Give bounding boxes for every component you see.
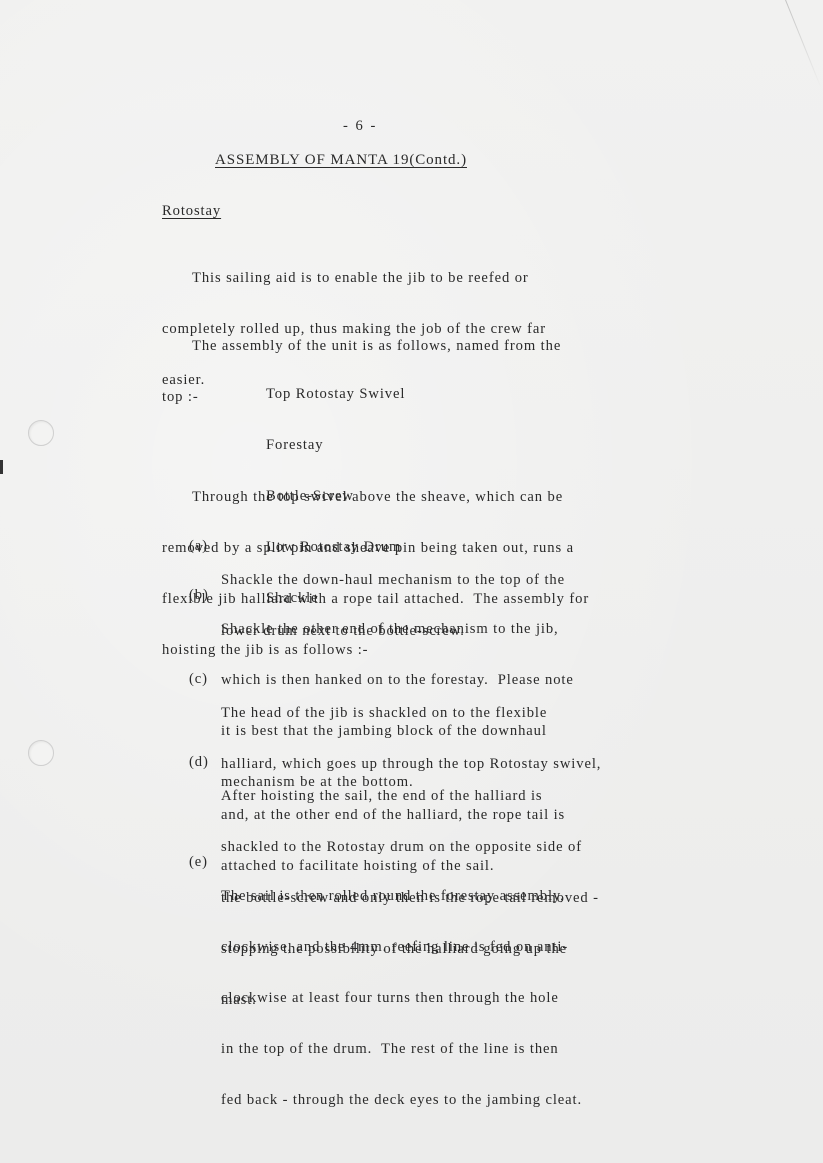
text-line: Through the top swivel above the sheave,… [162,489,589,506]
text-line: The sail is then rolled round the forest… [221,888,582,905]
step-label: (c) [189,671,208,688]
step-d: (d) After hoisting the sail, the end of … [189,754,207,822]
list-item: Top Rotostay Swivel [266,386,405,403]
text-line: fed back - through the deck eyes to the … [221,1092,582,1109]
step-b: (b) Shackle the other end of the mechani… [189,587,207,655]
step-label: (a) [189,538,208,555]
step-text: The sail is then rolled round the forest… [221,854,582,1143]
section-heading: Rotostay [162,203,221,220]
paper-fold-line [785,0,822,88]
punch-hole-icon [28,740,54,766]
text-line: Shackle the other end of the mechanism t… [221,621,574,638]
text-line: clockwise at least four turns then throu… [221,990,582,1007]
step-label: (b) [189,587,209,604]
text-line: The head of the jib is shackled on to th… [221,705,601,722]
step-c: (c) The head of the jib is shackled on t… [189,671,207,739]
text-line: clockwise, and the 4mm. reefing line is … [221,939,582,956]
text-line: After hoisting the sail, the end of the … [221,788,599,805]
page-number: - 6 - [343,118,377,135]
step-label: (d) [189,754,209,771]
text-line: This sailing aid is to enable the jib to… [162,270,546,287]
step-e: (e) The sail is then rolled round the fo… [189,854,207,922]
step-label: (e) [189,854,208,871]
text-line: in the top of the drum. The rest of the … [221,1041,582,1058]
document-title: ASSEMBLY OF MANTA 19(Contd.) [215,152,467,169]
list-item: Forestay [266,437,405,454]
edge-mark [0,460,3,474]
scanned-page: - 6 - ASSEMBLY OF MANTA 19(Contd.) Rotos… [0,0,823,1163]
punch-hole-icon [28,420,54,446]
